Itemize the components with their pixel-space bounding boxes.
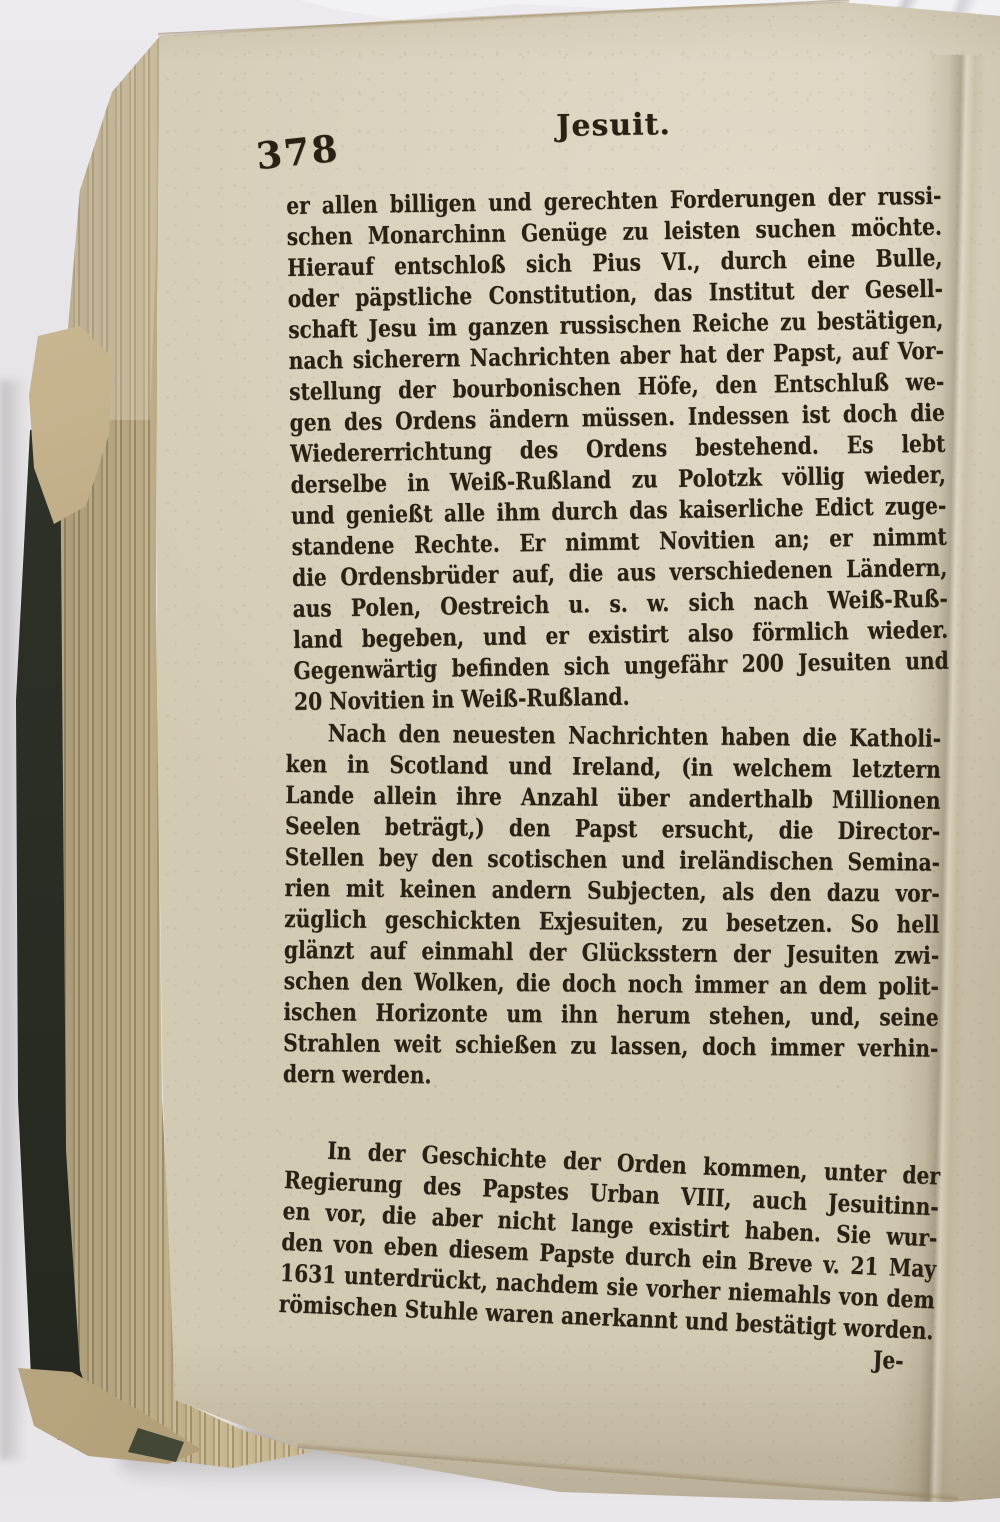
- page-body: er allen billigen und gerechten Forderun…: [286, 190, 1000, 1350]
- running-head: Jesuit.: [286, 102, 942, 148]
- paragraph: In der Geschichte der Orden kommen, unte…: [277, 1133, 941, 1377]
- paragraph: er allen billigen und gerechten Forderun…: [286, 180, 949, 717]
- book-photograph: 378 Jesuit. er allen billigen und gerech…: [0, 0, 1000, 1522]
- paragraph: Nach den neuesten Nachrichten haben die …: [283, 717, 941, 1095]
- text-line: dern werden.: [283, 1058, 938, 1095]
